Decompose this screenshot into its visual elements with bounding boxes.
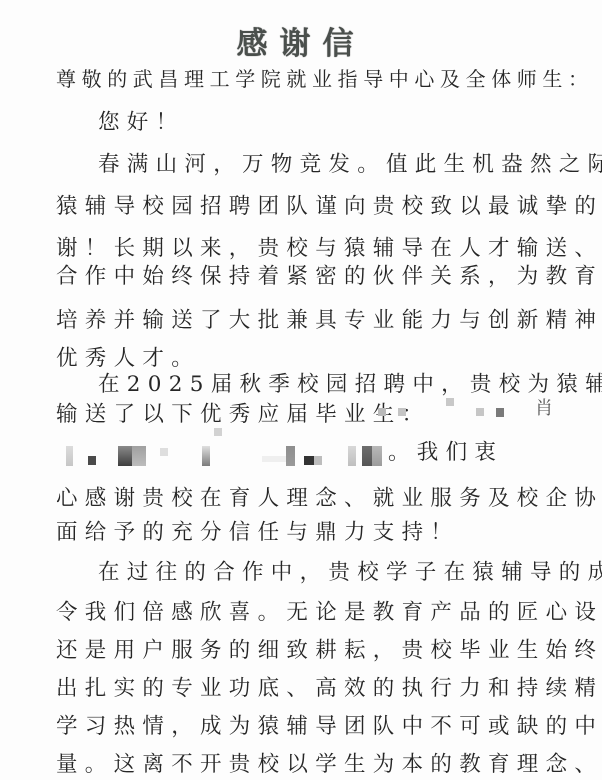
paragraph-3-line-6: 量。这离不开贵校以学生为本的教育理念、与时 (56, 750, 476, 780)
letter-title: 感谢信 (0, 18, 602, 63)
paragraph-2-line-4: 心感谢贵校在育人理念、就业服务及校企协同方 (56, 484, 476, 514)
paragraph-3-line-3: 还是用户服务的细致耕耘，贵校毕业生始终展现 (56, 636, 476, 666)
paragraph-1-line-2: 猿辅导校园招聘团队谨向贵校致以最诚挚的感 (56, 192, 476, 222)
paragraph-1-line-5: 培养并输送了大批兼具专业能力与创新精神的 (56, 306, 476, 336)
letter-page: 感谢信 尊敬的武昌理工学院就业指导中心及全体师生： 您好！ 春满山河，万物竞发。… (0, 0, 602, 780)
paragraph-3-line-4: 出扎实的专业功底、高效的执行力和持续精进的 (56, 674, 476, 704)
paragraph-2-line-1: 在2025届秋季校园招聘中，贵校为猿辅导 (98, 370, 518, 400)
salutation: 尊敬的武昌理工学院就业指导中心及全体师生： (56, 64, 476, 94)
greeting: 您好！ (98, 108, 518, 138)
paragraph-2-line-5: 面给予的充分信任与鼎力支持！ (56, 518, 476, 548)
paragraph-1-line-4: 合作中始终保持着紧密的伙伴关系，为教育行业 (56, 262, 476, 292)
paragraph-3-line-2: 令我们倍感欣喜。无论是教育产品的匠心设计， (56, 598, 476, 628)
paragraph-2-line-3-tail: 。我们衷 (388, 438, 503, 468)
redacted-fragment: 肖 (535, 394, 553, 420)
paragraph-3-line-1: 在过往的合作中，贵校学子在猿辅导的成长 (98, 558, 518, 588)
paragraph-3-line-5: 学习热情，成为猿辅导团队中不可或缺的中坚力 (56, 712, 476, 742)
paragraph-2-line-2: 输送了以下优秀应届毕业生： (56, 400, 476, 430)
paragraph-1-line-1: 春满山河，万物竞发。值此生机盎然之际， (98, 150, 518, 180)
paragraph-1-line-3: 谢！长期以来，贵校与猿辅导在人才输送、校企 (56, 234, 476, 264)
